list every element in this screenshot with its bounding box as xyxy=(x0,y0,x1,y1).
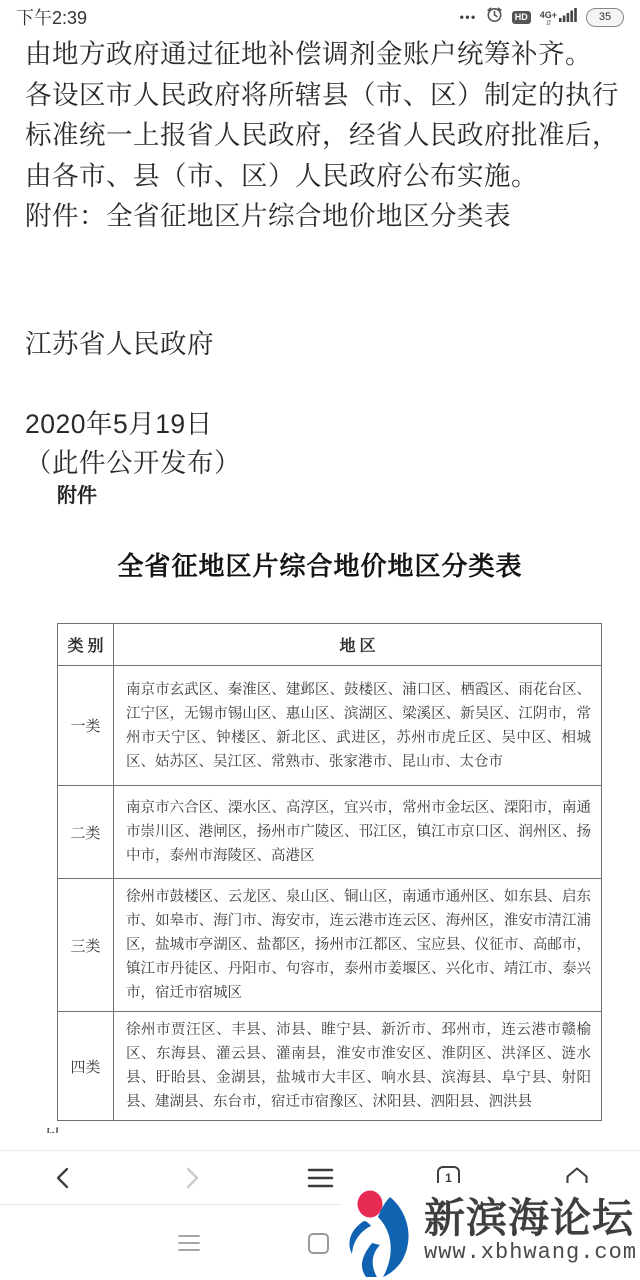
watermark-logo-icon xyxy=(340,1185,422,1280)
regions-cell: 徐州市贾汪区、丰县、沛县、睢宁县、新沂市、邳州市，连云港市赣榆区、东海县、灌云县… xyxy=(114,1012,602,1121)
battery-percent: 35 xyxy=(599,11,611,23)
watermark: 新滨海论坛 www.xbhwang.com xyxy=(340,1183,640,1277)
document-line: 各设区市人民政府将所辖县（市、区）制定的执行 xyxy=(25,75,619,116)
regions-cell: 南京市六合区、溧水区、高淳区，宜兴市，常州市金坛区、溧阳市，南通市崇川区、港闸区… xyxy=(114,786,602,879)
publish-note: （此件公开发布） xyxy=(25,441,241,480)
header-region: 地 区 xyxy=(114,624,602,666)
table-row: 四类 徐州市贾汪区、丰县、沛县、睢宁县、新沂市、邳州市，连云港市赣榆区、东海县、… xyxy=(58,1012,602,1121)
alarm-clock-icon xyxy=(486,6,503,28)
document-line: 由各市、县（市、区）人民政府公布实施。 xyxy=(25,156,619,197)
regions-cell: 南京市玄武区、秦淮区、建邺区、鼓楼区、浦口区、栖霞区、雨花台区、江宁区，无锡市锡… xyxy=(114,666,602,786)
forward-button[interactable] xyxy=(178,1164,206,1192)
status-bar: 下午2:39 ••• HD 4G+ ⇵ xyxy=(0,0,640,34)
document-body: 由地方政府通过征地补偿调剂金账户统筹补齐。 各设区市人民政府将所辖县（市、区）制… xyxy=(25,34,619,237)
notification-dots-icon: ••• xyxy=(460,10,477,24)
header-category: 类 别 xyxy=(58,624,114,666)
category-cell: 四类 xyxy=(58,1012,114,1121)
system-menu-button[interactable] xyxy=(178,1234,200,1257)
attachment-label: 附件 xyxy=(57,479,97,508)
date-line: 2020年5月19日 xyxy=(25,402,213,441)
classification-table: 类 别 地 区 一类 南京市玄武区、秦淮区、建邺区、鼓楼区、浦口区、栖霞区、雨花… xyxy=(57,623,602,1121)
category-cell: 一类 xyxy=(58,666,114,786)
table-row: 三类 徐州市鼓楼区、云龙区、泉山区、铜山区，南通市通州区、如东县、启东市、如皋市… xyxy=(58,879,602,1012)
document-line: 由地方政府通过征地补偿调剂金账户统筹补齐。 xyxy=(25,34,619,75)
menu-button[interactable] xyxy=(306,1164,334,1192)
signal-bars-icon xyxy=(559,7,577,27)
phone-screen: 下午2:39 ••• HD 4G+ ⇵ xyxy=(0,0,640,1280)
back-button[interactable] xyxy=(49,1164,77,1192)
back-icon xyxy=(53,1166,73,1190)
issuer-line: 江苏省人民政府 xyxy=(25,322,214,361)
hamburger-menu-icon xyxy=(307,1167,334,1189)
clipped-text-fragment: 址： xyxy=(44,1121,114,1133)
hd-badge-icon: HD xyxy=(512,11,531,24)
forward-icon xyxy=(182,1166,202,1190)
hamburger-menu-icon xyxy=(178,1234,200,1252)
watermark-site-name: 新滨海论坛 xyxy=(424,1196,637,1241)
status-icons: ••• HD 4G+ ⇵ xyxy=(460,6,624,28)
regions-cell: 徐州市鼓楼区、云龙区、泉山区、铜山区，南通市通州区、如东县、启东市、如皋市、海门… xyxy=(114,879,602,1012)
watermark-site-url: www.xbhwang.com xyxy=(424,1242,637,1264)
table-row: 二类 南京市六合区、溧水区、高淳区，宜兴市，常州市金坛区、溧阳市，南通市崇川区、… xyxy=(58,786,602,879)
attachment-reference-line: 附件：全省征地区片综合地价地区分类表 xyxy=(25,196,619,237)
table-header-row: 类 别 地 区 xyxy=(58,624,602,666)
clock-time: 下午2:39 xyxy=(16,4,87,30)
network-type: 4G+ ⇵ xyxy=(540,11,557,27)
table-row: 一类 南京市玄武区、秦淮区、建邺区、鼓楼区、浦口区、栖霞区、雨花台区、江宁区，无… xyxy=(58,666,602,786)
system-square-button[interactable] xyxy=(308,1233,329,1254)
watermark-text: 新滨海论坛 www.xbhwang.com xyxy=(424,1183,637,1264)
category-cell: 三类 xyxy=(58,879,114,1012)
battery-indicator: 35 xyxy=(586,8,624,27)
table-title: 全省征地区片综合地价地区分类表 xyxy=(0,546,640,583)
category-cell: 二类 xyxy=(58,786,114,879)
document-line: 标准统一上报省人民政府，经省人民政府批准后， xyxy=(25,115,619,156)
network-indicator: 4G+ ⇵ xyxy=(540,7,577,27)
